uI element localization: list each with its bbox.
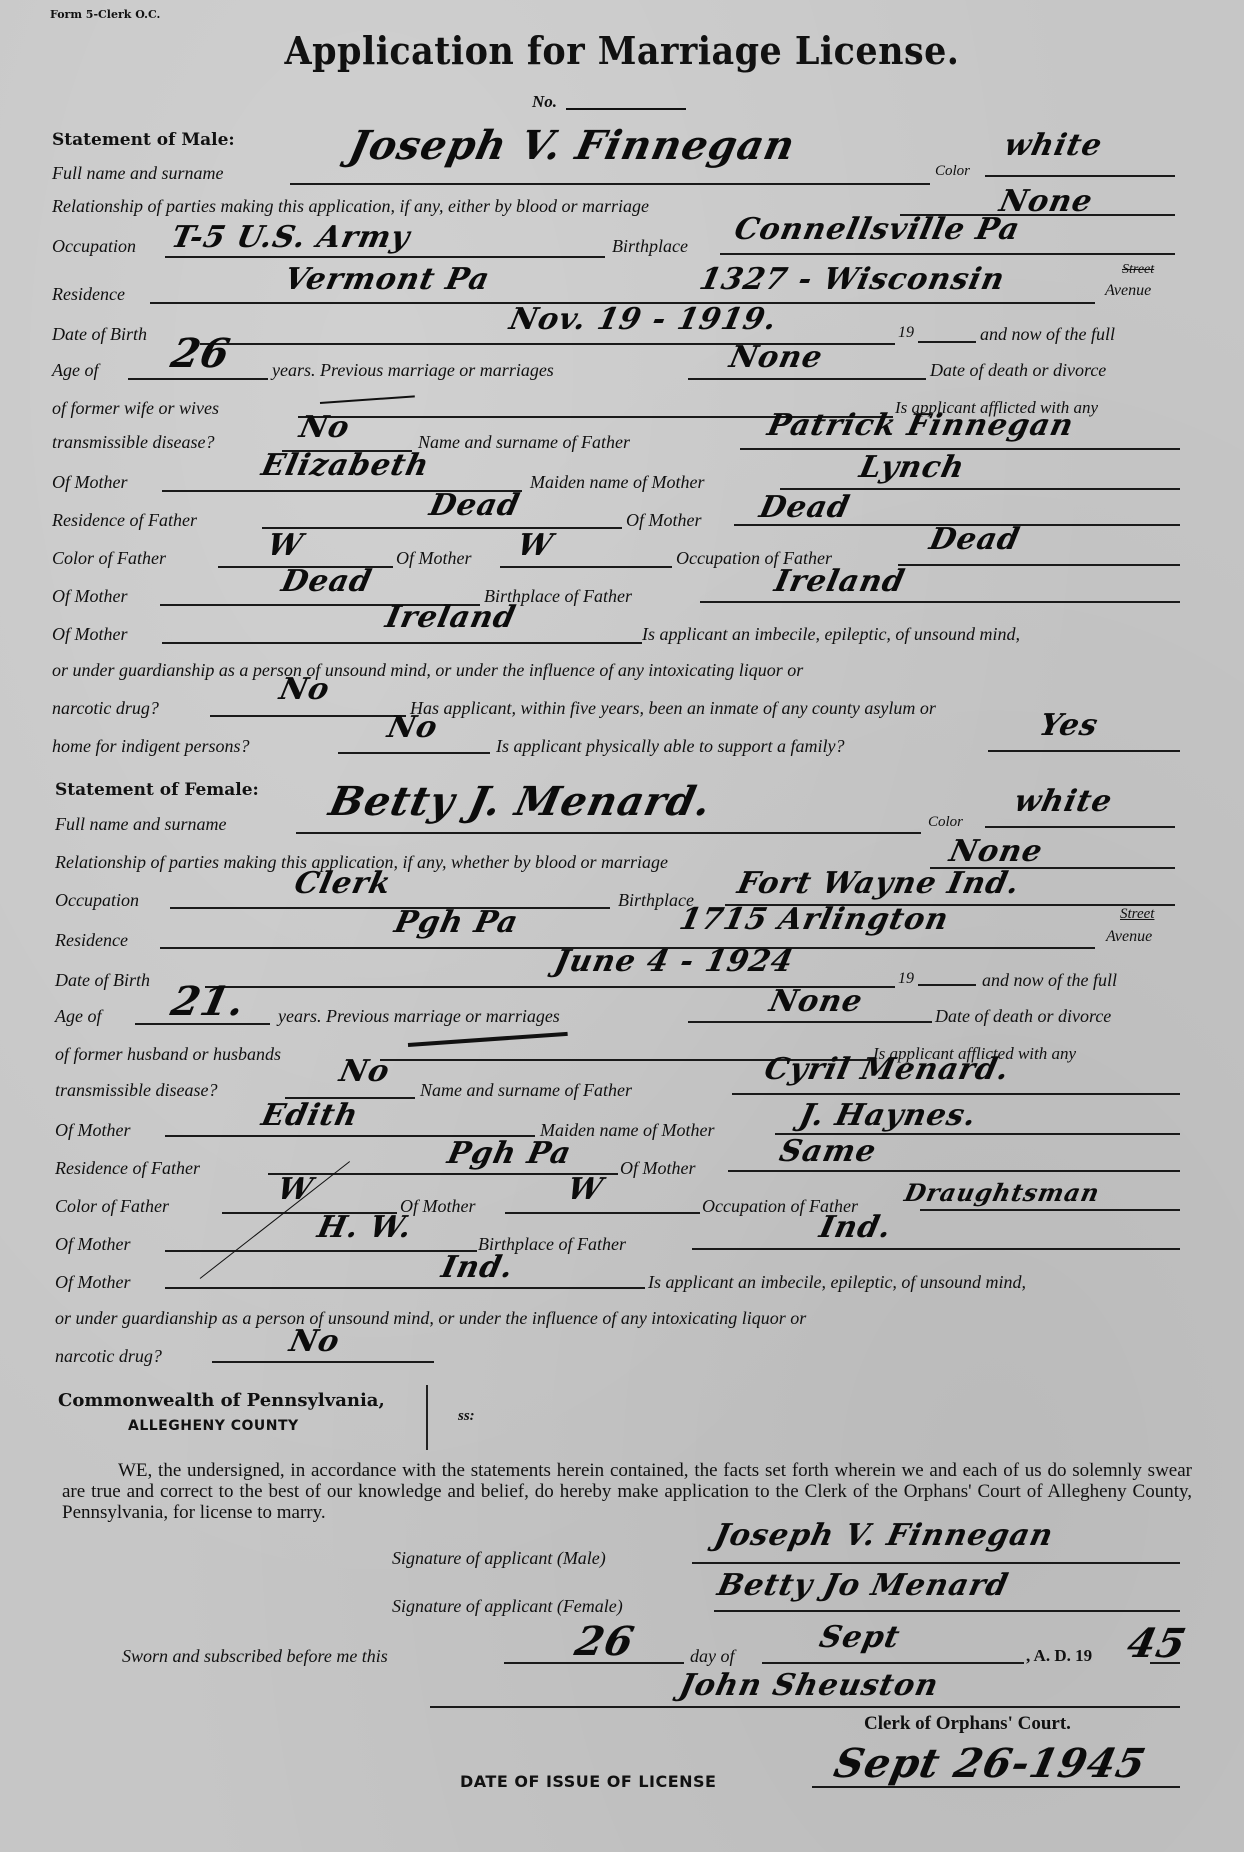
female-relationship-value: None bbox=[946, 834, 1046, 869]
male-occ-father-field[interactable] bbox=[898, 564, 1180, 566]
female-imbecile-label: Is applicant an imbecile, epileptic, of … bbox=[648, 1272, 1026, 1293]
male-bp-mother-field[interactable] bbox=[162, 642, 642, 644]
female-age-label: Age of bbox=[55, 1006, 102, 1027]
male-color-mother-value: W bbox=[514, 528, 556, 563]
sworn-month-value: Sept bbox=[816, 1620, 903, 1655]
female-transmissible-value: No bbox=[336, 1054, 393, 1089]
female-bp-mother-value: Ind. bbox=[438, 1250, 517, 1285]
male-signature-label: Signature of applicant (Male) bbox=[392, 1548, 606, 1569]
female-full-name-label: Full name and surname bbox=[55, 814, 226, 835]
male-res-mother-value: Dead bbox=[756, 490, 853, 525]
male-imbecile-label: Is applicant an imbecile, epileptic, of … bbox=[642, 624, 1020, 645]
female-guardianship-label: or under guardianship as a person of uns… bbox=[55, 1308, 806, 1329]
male-year-field[interactable] bbox=[918, 341, 976, 343]
female-years-prev-label: years. Previous marriage or marriages bbox=[278, 1006, 560, 1027]
male-narcotic-field[interactable] bbox=[210, 715, 406, 717]
male-death-divorce-label: Date of death or divorce bbox=[930, 360, 1106, 381]
male-birthplace-label: Birthplace bbox=[612, 236, 688, 257]
male-prev-marriage-value: None bbox=[726, 340, 826, 375]
male-age-field[interactable] bbox=[128, 378, 268, 380]
male-residence-label: Residence bbox=[52, 284, 125, 305]
male-occupation-label: Occupation bbox=[52, 236, 136, 257]
female-bp-mother-label: Of Mother bbox=[55, 1272, 131, 1293]
male-and-now-label: and now of the full bbox=[980, 324, 1115, 345]
female-occ-mother-field[interactable] bbox=[165, 1250, 477, 1252]
female-residence-city-value: Pgh Pa bbox=[391, 905, 521, 940]
male-transmissible-label: transmissible disease? bbox=[52, 432, 215, 453]
sworn-label: Sworn and subscribed before me this bbox=[122, 1646, 388, 1667]
male-father-name-value: Patrick Finnegan bbox=[764, 408, 1077, 443]
female-former-spouse-label: of former husband or husbands bbox=[55, 1044, 281, 1065]
male-inmate-value: No bbox=[384, 710, 441, 745]
male-relationship-label: Relationship of parties making this appl… bbox=[52, 196, 649, 217]
male-occ-father-value: Dead bbox=[926, 522, 1023, 557]
female-year-prefix: 19 bbox=[898, 970, 914, 988]
female-father-name-label: Name and surname of Father bbox=[420, 1080, 632, 1101]
male-color-value: white bbox=[1001, 128, 1105, 163]
male-avenue-label: Avenue bbox=[1105, 282, 1151, 300]
female-former-spouse-dash bbox=[408, 1032, 568, 1047]
page-title: Application for Marriage License. bbox=[50, 28, 1194, 73]
female-res-father-label: Residence of Father bbox=[55, 1158, 200, 1179]
clerk-title: Clerk of Orphans' Court. bbox=[864, 1713, 1071, 1735]
female-full-name-value: Betty J. Menard. bbox=[325, 778, 716, 825]
male-res-father-label: Residence of Father bbox=[52, 510, 197, 531]
male-year-prefix: 19 bbox=[898, 324, 914, 342]
marriage-license-application: Form 5-Clerk O.C. Application for Marria… bbox=[0, 0, 1244, 1852]
male-signature-value: Joseph V. Finnegan bbox=[711, 1518, 1056, 1553]
male-color-field[interactable] bbox=[985, 175, 1175, 177]
female-father-name-value: Cyril Menard. bbox=[761, 1052, 1013, 1087]
male-signature-field[interactable] bbox=[692, 1562, 1180, 1564]
female-signature-field[interactable] bbox=[714, 1610, 1180, 1612]
female-narcotic-field[interactable] bbox=[212, 1361, 434, 1363]
number-label: No. bbox=[532, 92, 557, 112]
clerk-signature-value: John Sheuston bbox=[676, 1668, 942, 1703]
female-dob-label: Date of Birth bbox=[55, 970, 150, 991]
male-color-father-label: Color of Father bbox=[52, 548, 166, 569]
female-bp-father-value: Ind. bbox=[816, 1210, 895, 1245]
male-color-father-value: W bbox=[264, 528, 306, 563]
male-father-name-label: Name and surname of Father bbox=[418, 432, 630, 453]
female-prev-marriage-value: None bbox=[766, 984, 866, 1019]
male-full-name-value: Joseph V. Finnegan bbox=[345, 122, 800, 169]
female-residence-street-value: 1715 Arlington bbox=[676, 902, 952, 937]
female-res-mother-label: Of Mother bbox=[620, 1158, 696, 1179]
female-occupation-label: Occupation bbox=[55, 890, 139, 911]
female-death-divorce-label: Date of death or divorce bbox=[935, 1006, 1111, 1027]
male-age-value: 26 bbox=[167, 330, 235, 377]
male-color-mother-label: Of Mother bbox=[396, 548, 472, 569]
female-res-father-value: Pgh Pa bbox=[444, 1136, 574, 1171]
male-transmissible-value: No bbox=[296, 410, 353, 445]
female-bp-father-field[interactable] bbox=[692, 1248, 1180, 1250]
male-prev-marriage-field[interactable] bbox=[688, 378, 926, 380]
male-mother-value: Elizabeth bbox=[258, 448, 432, 483]
male-residence-street-value: 1327 - Wisconsin bbox=[696, 262, 1008, 297]
issue-date-label: DATE OF ISSUE OF LICENSE bbox=[460, 1772, 716, 1791]
oath-text: WE, the undersigned, in accordance with … bbox=[62, 1460, 1192, 1523]
male-imbecile-value: No bbox=[276, 672, 333, 707]
male-indigent-label: home for indigent persons? bbox=[52, 736, 250, 757]
female-bp-mother-field[interactable] bbox=[165, 1287, 645, 1289]
male-occ-mother-value: Dead bbox=[278, 564, 375, 599]
male-guardianship-label: or under guardianship as a person of uns… bbox=[52, 660, 803, 681]
female-narcotic-label: narcotic drug? bbox=[55, 1346, 162, 1367]
female-color-father-label: Color of Father bbox=[55, 1196, 169, 1217]
sworn-month-field[interactable] bbox=[762, 1662, 1024, 1664]
male-former-spouse-label: of former wife or wives bbox=[52, 398, 219, 419]
male-mother-label: Of Mother bbox=[52, 472, 128, 493]
male-bp-mother-value: Ireland bbox=[382, 600, 519, 635]
female-mother-label: Of Mother bbox=[55, 1120, 131, 1141]
male-inmate-label: Has applicant, within five years, been a… bbox=[410, 698, 936, 719]
female-mother-value: Edith bbox=[258, 1098, 361, 1133]
male-birthplace-field[interactable] bbox=[720, 253, 1175, 255]
male-bp-father-field[interactable] bbox=[700, 601, 1180, 603]
male-years-prev-label: years. Previous marriage or marriages bbox=[272, 360, 554, 381]
female-and-now-label: and now of the full bbox=[982, 970, 1117, 991]
male-maiden-value: Lynch bbox=[856, 450, 968, 485]
male-bp-father-value: Ireland bbox=[771, 564, 908, 599]
male-color-mother-field[interactable] bbox=[500, 566, 672, 568]
male-maiden-label: Maiden name of Mother bbox=[530, 472, 704, 493]
ad-label: , A. D. 19 bbox=[1026, 1646, 1092, 1666]
male-full-name-field[interactable] bbox=[290, 183, 930, 185]
male-narcotic-label: narcotic drug? bbox=[52, 698, 159, 719]
female-residence-label: Residence bbox=[55, 930, 128, 951]
female-color-field[interactable] bbox=[985, 826, 1175, 828]
clerk-signature-field[interactable] bbox=[430, 1706, 1180, 1708]
female-signature-value: Betty Jo Menard bbox=[714, 1568, 1011, 1603]
number-field[interactable] bbox=[566, 108, 686, 110]
female-color-mother-field[interactable] bbox=[505, 1212, 700, 1214]
commonwealth-heading: Commonwealth of Pennsylvania, bbox=[58, 1390, 385, 1411]
female-transmissible-label: transmissible disease? bbox=[55, 1080, 218, 1101]
male-occ-mother-label: Of Mother bbox=[52, 586, 128, 607]
male-res-father-field[interactable] bbox=[262, 527, 622, 529]
female-color-label: Color bbox=[928, 814, 963, 831]
male-support-value: Yes bbox=[1036, 708, 1101, 743]
male-residence-city-value: Vermont Pa bbox=[281, 262, 493, 297]
female-imbecile-value: No bbox=[286, 1324, 343, 1359]
male-age-label: Age of bbox=[52, 360, 99, 381]
female-occ-mother-label: Of Mother bbox=[55, 1234, 131, 1255]
male-occupation-value: T-5 U.S. Army bbox=[168, 220, 413, 255]
ss-label: ss: bbox=[458, 1408, 475, 1425]
female-occupation-value: Clerk bbox=[291, 866, 394, 901]
male-res-mother-label: Of Mother bbox=[626, 510, 702, 531]
male-birthplace-value: Connellsville Pa bbox=[731, 212, 1023, 247]
male-dob-value: Nov. 19 - 1919. bbox=[506, 302, 780, 337]
female-maiden-value: J. Haynes. bbox=[796, 1098, 980, 1133]
female-color-value: white bbox=[1011, 784, 1115, 819]
female-signature-label: Signature of applicant (Female) bbox=[392, 1596, 623, 1617]
female-color-mother-value: W bbox=[564, 1172, 606, 1207]
female-occ-father-value: Draughtsman bbox=[902, 1178, 1103, 1207]
female-full-name-field[interactable] bbox=[296, 832, 921, 834]
male-former-spouse-dash bbox=[320, 395, 415, 404]
male-occupation-field[interactable] bbox=[165, 256, 605, 258]
female-prev-marriage-field[interactable] bbox=[688, 1021, 932, 1023]
jurisdiction-brace bbox=[426, 1385, 428, 1450]
male-dob-label: Date of Birth bbox=[52, 324, 147, 345]
day-of-label: day of bbox=[690, 1646, 735, 1667]
female-res-father-field[interactable] bbox=[268, 1173, 618, 1175]
female-birthplace-value: Fort Wayne Ind. bbox=[734, 866, 1023, 901]
female-section-title: Statement of Female: bbox=[55, 780, 259, 800]
female-occ-father-field[interactable] bbox=[920, 1209, 1180, 1211]
sworn-year-value: 45 bbox=[1123, 1620, 1191, 1667]
female-father-name-field[interactable] bbox=[732, 1093, 1180, 1095]
male-color-label: Color bbox=[935, 163, 970, 180]
female-year-field[interactable] bbox=[918, 984, 976, 986]
female-dob-value: June 4 - 1924 bbox=[551, 944, 797, 979]
female-occ-mother-value: H. W. bbox=[314, 1210, 415, 1245]
female-res-mother-field[interactable] bbox=[728, 1170, 1180, 1172]
female-avenue-label: Avenue bbox=[1106, 928, 1152, 946]
county-heading: ALLEGHENY COUNTY bbox=[128, 1418, 299, 1434]
male-full-name-label: Full name and surname bbox=[52, 163, 223, 184]
sworn-day-value: 26 bbox=[571, 1618, 639, 1665]
female-age-value: 21. bbox=[167, 978, 250, 1025]
male-support-label: Is applicant physically able to support … bbox=[496, 736, 844, 757]
male-section-title: Statement of Male: bbox=[52, 130, 235, 150]
female-res-mother-value: Same bbox=[776, 1134, 879, 1169]
female-street-label: Street bbox=[1120, 906, 1154, 923]
male-street-label: Street bbox=[1122, 262, 1154, 278]
male-inmate-field[interactable] bbox=[338, 752, 490, 754]
male-bp-mother-label: Of Mother bbox=[52, 624, 128, 645]
male-support-field[interactable] bbox=[988, 750, 1180, 752]
male-res-father-value: Dead bbox=[426, 488, 523, 523]
form-id: Form 5-Clerk O.C. bbox=[50, 8, 160, 21]
female-occupation-field[interactable] bbox=[170, 907, 610, 909]
issue-date-value: Sept 26-1945 bbox=[830, 1740, 1150, 1787]
